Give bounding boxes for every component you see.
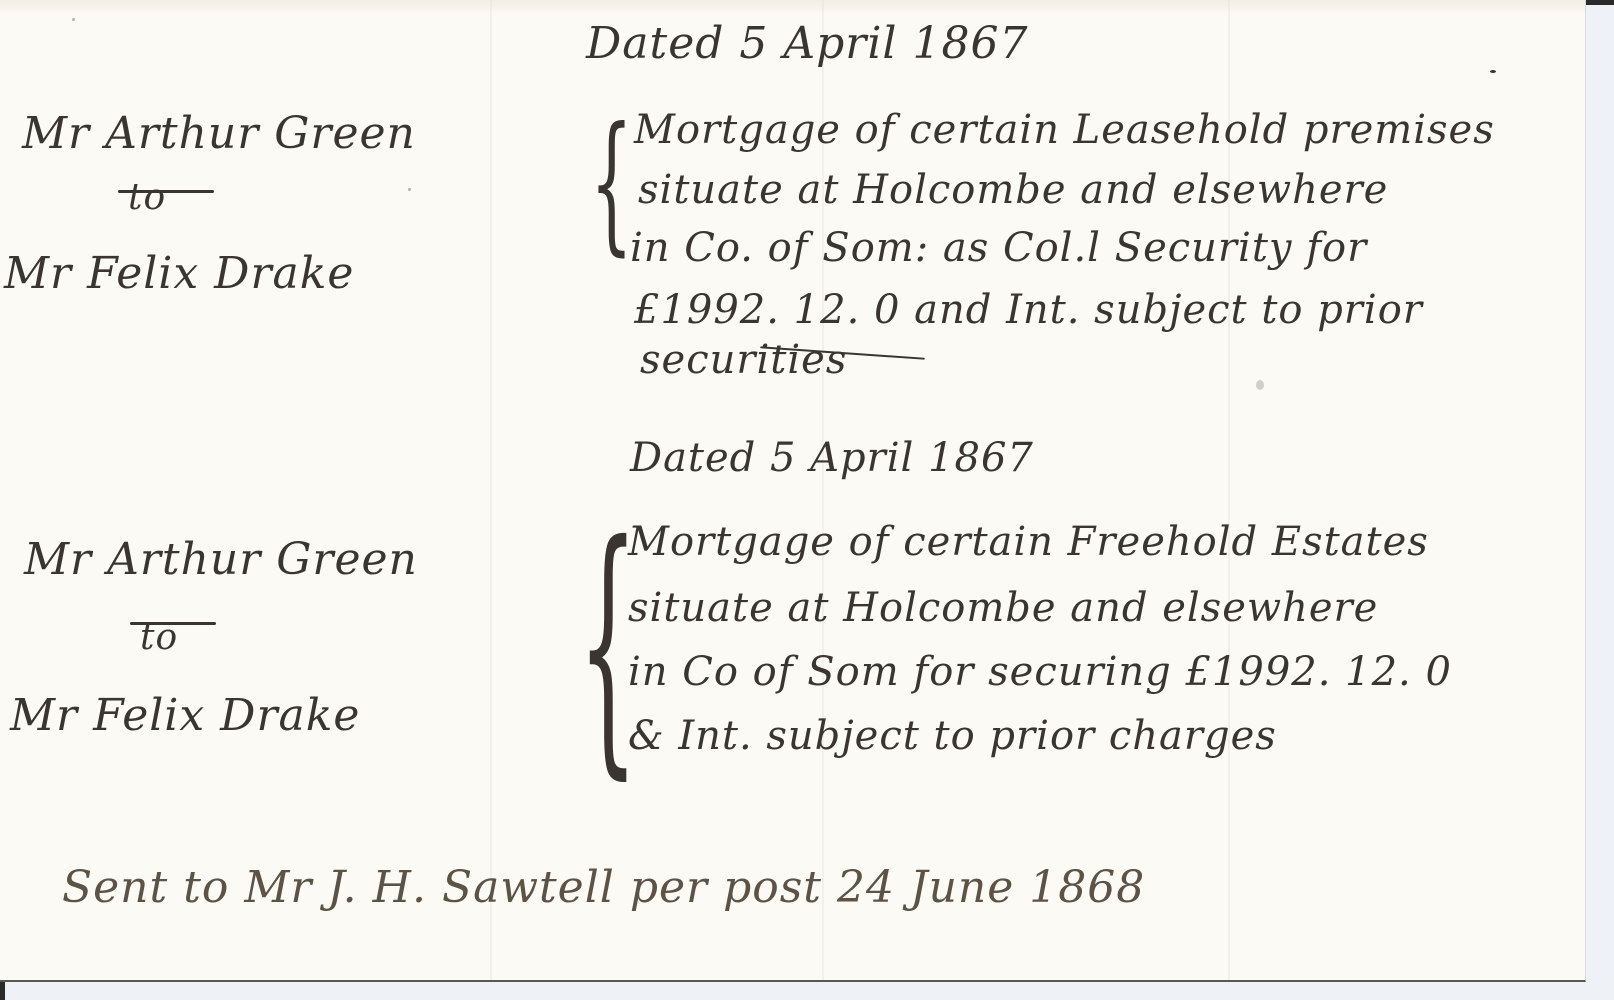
t-crossbar-stroke bbox=[130, 622, 216, 625]
manuscript-page: Mr Arthur Green to Mr Felix Drake Dated … bbox=[0, 0, 1586, 982]
entry-1-description-line: situate at Holcombe and elsewhere bbox=[638, 170, 1388, 210]
entry-2-date: Dated 5 April 1867 bbox=[630, 438, 1034, 478]
paper-speck bbox=[408, 188, 411, 191]
entry-1-party-from: Mr Arthur Green bbox=[22, 112, 416, 156]
footer-dispatch-note: Sent to Mr J. H. Sawtell per post 24 Jun… bbox=[62, 866, 1145, 910]
entry-2-party-connector: to bbox=[140, 620, 178, 656]
entry-1-description-line: £1992. 12. 0 and Int. subject to prior bbox=[634, 290, 1423, 330]
scan-edge-bottom-left bbox=[0, 982, 5, 1000]
entry-2-description-line: situate at Holcombe and elsewhere bbox=[628, 588, 1378, 628]
entry-2-description-line: in Co of Som for securing £1992. 12. 0 bbox=[628, 652, 1452, 692]
entry-2-description-line: Mortgage of certain Freehold Estates bbox=[628, 522, 1429, 562]
entry-1-description-line: securities bbox=[640, 340, 847, 380]
entry-2-party-to: Mr Felix Drake bbox=[10, 694, 360, 738]
entry-2-description-line: & Int. subject to prior charges bbox=[628, 716, 1277, 756]
paper-speck bbox=[1256, 380, 1264, 390]
entry-2-party-from: Mr Arthur Green bbox=[24, 538, 418, 582]
entry-1-party-connector: to bbox=[128, 180, 166, 216]
scan-edge-top-right bbox=[1585, 0, 1614, 5]
entry-1-party-to: Mr Felix Drake bbox=[4, 252, 354, 296]
entry-1-brace: { bbox=[590, 108, 633, 258]
ink-tick-mark bbox=[1490, 70, 1496, 73]
paper-fold-line bbox=[490, 0, 492, 980]
entry-1-description-line: in Co. of Som: as Col.l Security for bbox=[630, 228, 1367, 268]
t-crossbar-stroke bbox=[118, 190, 214, 193]
entry-1-description-line: Mortgage of certain Leasehold premises bbox=[634, 110, 1495, 150]
entry-1-date: Dated 5 April 1867 bbox=[586, 22, 1028, 66]
paper-speck bbox=[72, 18, 75, 21]
